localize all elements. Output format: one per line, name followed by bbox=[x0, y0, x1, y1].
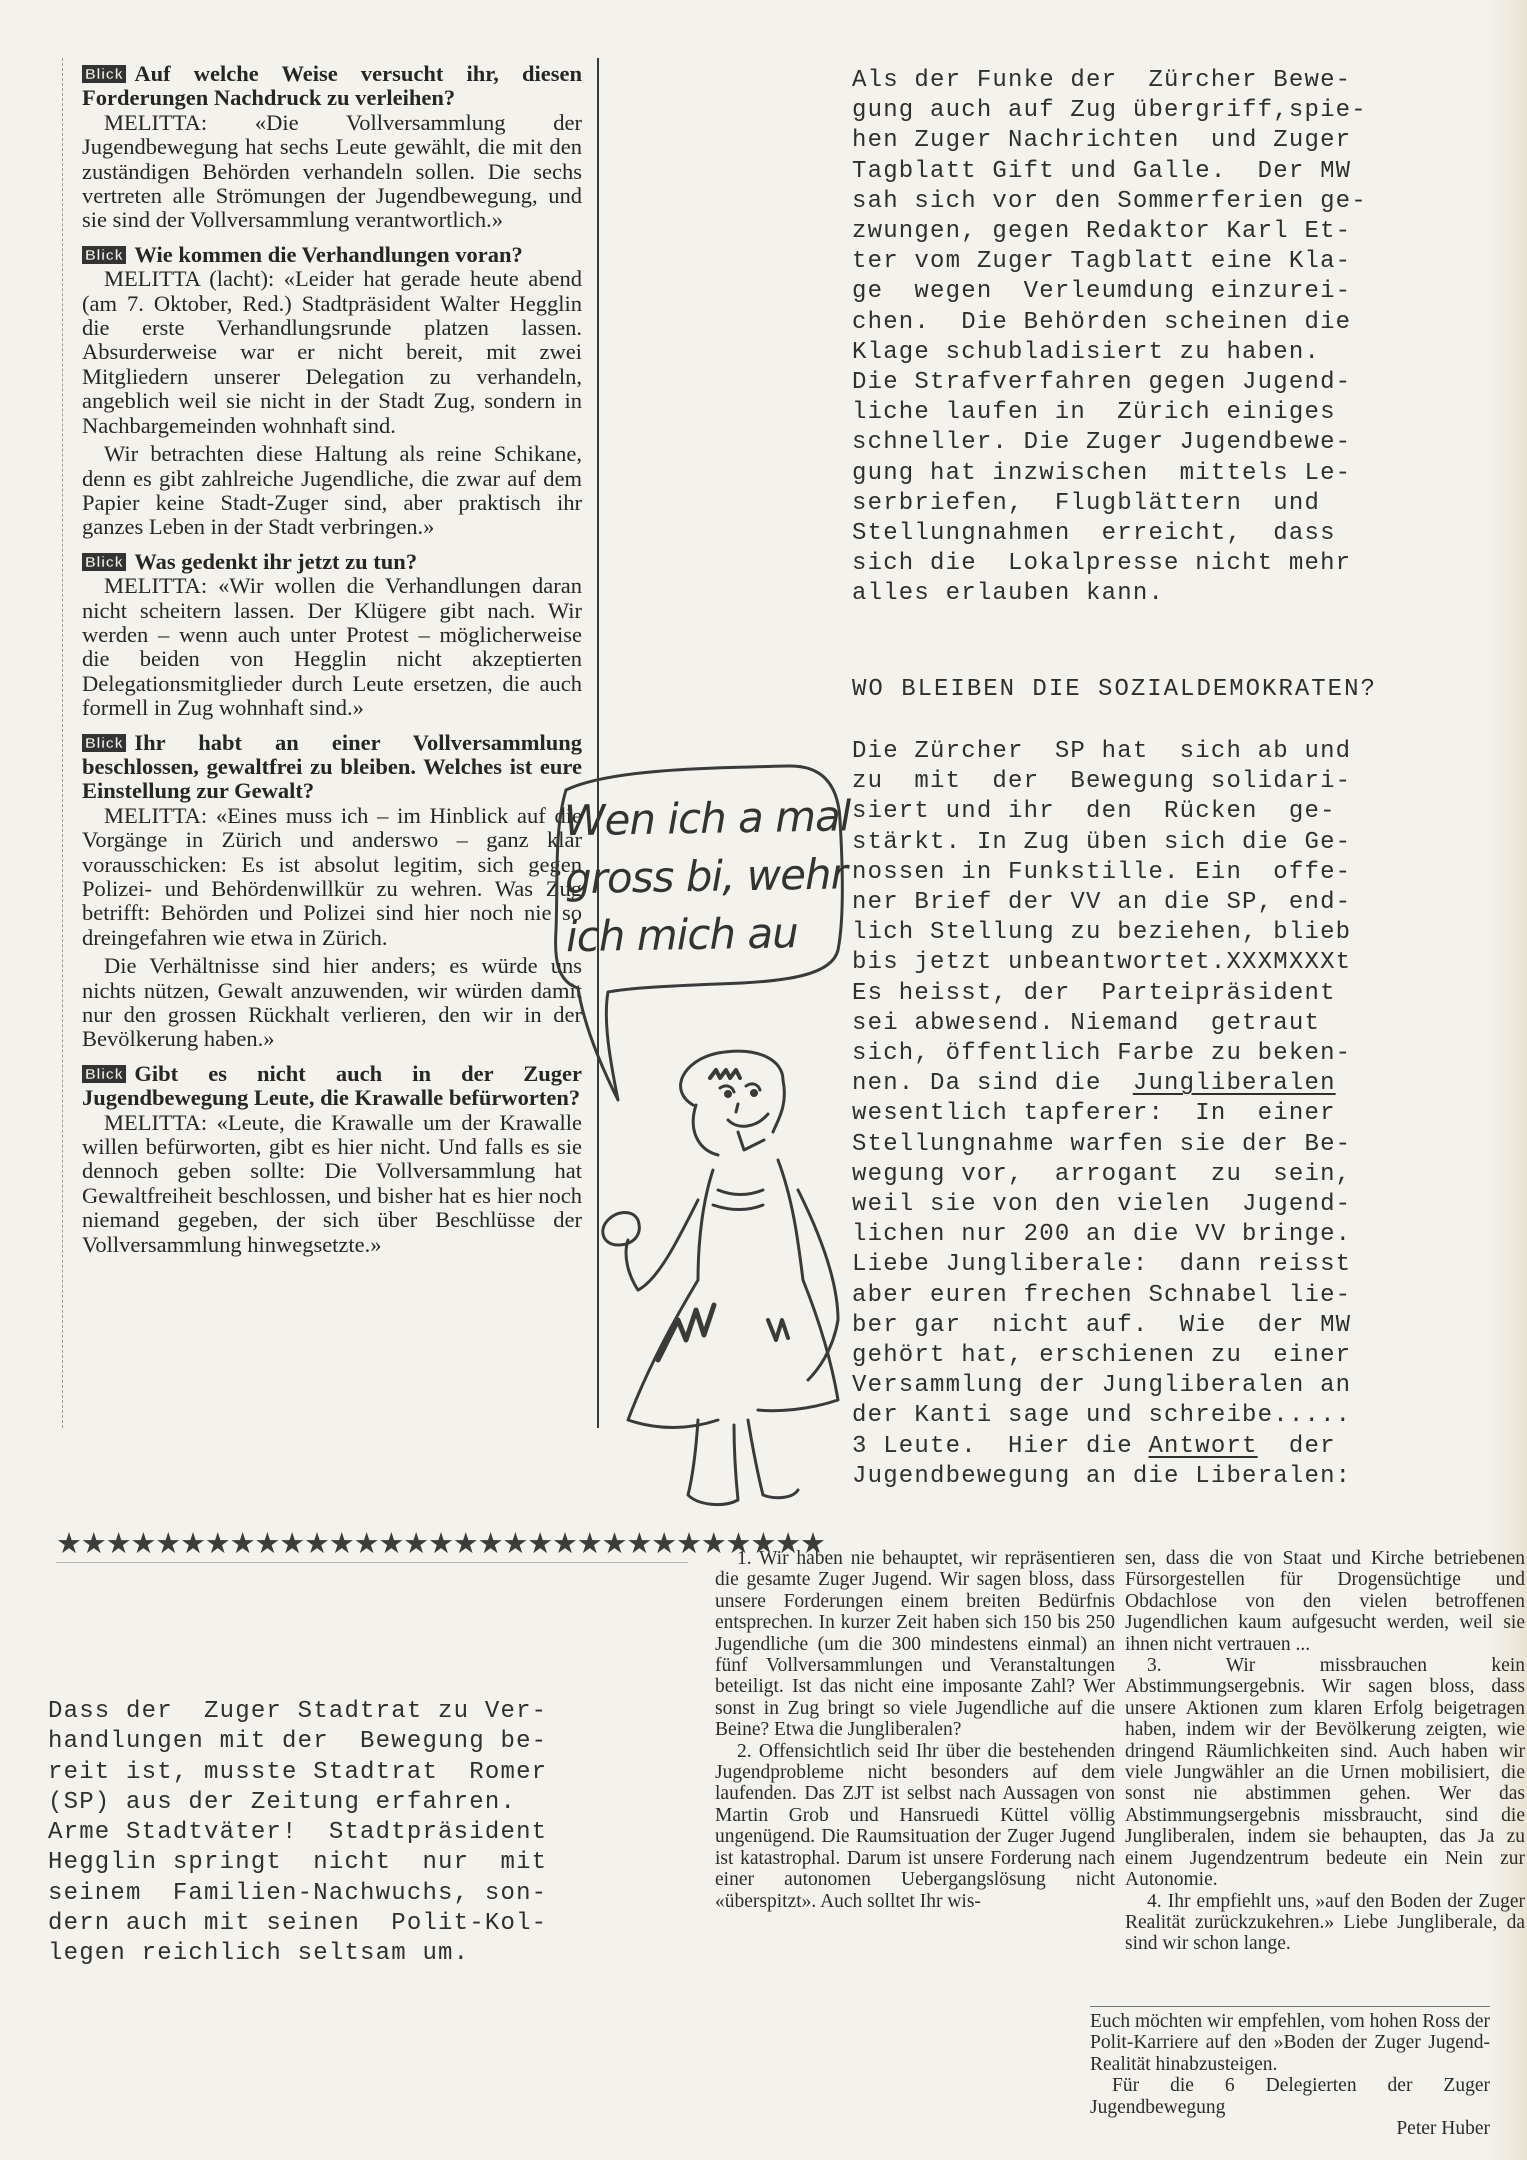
interview-answer: MELITTA: «Die Vollversammlung der Jugend… bbox=[82, 111, 582, 233]
interview-answer: MELITTA: «Wir wollen die Verhandlungen d… bbox=[82, 574, 582, 720]
interview-answer: MELITTA: «Leute, die Krawalle um der Kra… bbox=[82, 1111, 582, 1257]
blick-logo-icon: Blick bbox=[82, 734, 126, 752]
answer-point: 3. Wir missbrauchen kein Abstimmungserge… bbox=[1125, 1655, 1525, 1890]
answer-point: sen, dass die von Staat und Kirche betri… bbox=[1125, 1548, 1525, 1655]
typewriter-article-press: Als der Funke der Zürcher Bewe-gung auch… bbox=[852, 66, 1367, 610]
blick-logo-icon: Blick bbox=[82, 1065, 126, 1083]
section-heading: WO BLEIBEN DIE SOZIALDEMOKRATEN? bbox=[852, 676, 1377, 703]
interview-answer: Die Verhältnisse sind hier anders; es wü… bbox=[82, 954, 582, 1052]
answer-column-2: sen, dass die von Staat und Kirche betri… bbox=[1125, 1548, 1525, 1955]
closing-note: Euch möchten wir empfehlen, vom hohen Ro… bbox=[1090, 2006, 1490, 2139]
interview-question: BlickWie kommen die Verhandlungen voran? bbox=[82, 243, 582, 267]
signature-line: Für die 6 Delegierten der Zuger Jugendbe… bbox=[1090, 2075, 1490, 2118]
interview-answer: MELITTA: «Eines muss ich – im Hinblick a… bbox=[82, 804, 582, 950]
star-divider: ★★★★★★★★★★★★★★★★★★★★★★★★★★★★★★★ bbox=[56, 1526, 825, 1560]
interview-answer: Wir betrachten diese Haltung als reine S… bbox=[82, 442, 582, 540]
answer-column-1: 1. Wir haben nie behauptet, wir repräsen… bbox=[715, 1548, 1115, 1912]
blick-logo-icon: Blick bbox=[82, 246, 126, 264]
signature-name: Peter Huber bbox=[1396, 2118, 1490, 2139]
interview-question: BlickIhr habt an einer Vollversammlung b… bbox=[82, 731, 582, 804]
speech-bubble-text: Wen ich a malgross bi, wehrich mich au bbox=[564, 788, 827, 967]
blick-logo-icon: Blick bbox=[82, 553, 126, 571]
typewriter-article-stadtrat: Dass der Zuger Stadtrat zu Ver-handlunge… bbox=[48, 1697, 547, 1970]
typewriter-article-sp: Die Zürcher SP hat sich ab undzu mit der… bbox=[852, 737, 1351, 1492]
answer-point: 1. Wir haben nie behauptet, wir repräsen… bbox=[715, 1548, 1115, 1741]
closing-text: Euch möchten wir empfehlen, vom hohen Ro… bbox=[1090, 2011, 1490, 2075]
answer-point: 4. Ihr empfiehlt uns, »auf den Boden der… bbox=[1125, 1891, 1525, 1955]
answer-point: 2. Offensichtlich seid Ihr über die best… bbox=[715, 1741, 1115, 1912]
blick-logo-icon: Blick bbox=[82, 65, 126, 83]
interview-question: BlickWas gedenkt ihr jetzt zu tun? bbox=[82, 550, 582, 574]
interview-question: BlickGibt es nicht auch in der Zuger Jug… bbox=[82, 1062, 582, 1111]
interview-article: BlickAuf welche Weise versucht ihr, dies… bbox=[82, 62, 582, 1257]
underlined-jungliberalen: Jungliberalen bbox=[1133, 1070, 1336, 1097]
interview-answer: MELITTA (lacht): «Leider hat gerade heut… bbox=[82, 267, 582, 438]
interview-question: BlickAuf welche Weise versucht ihr, dies… bbox=[82, 62, 582, 111]
underlined-antwort: Antwort bbox=[1148, 1433, 1257, 1460]
divider-rule bbox=[56, 1562, 688, 1563]
